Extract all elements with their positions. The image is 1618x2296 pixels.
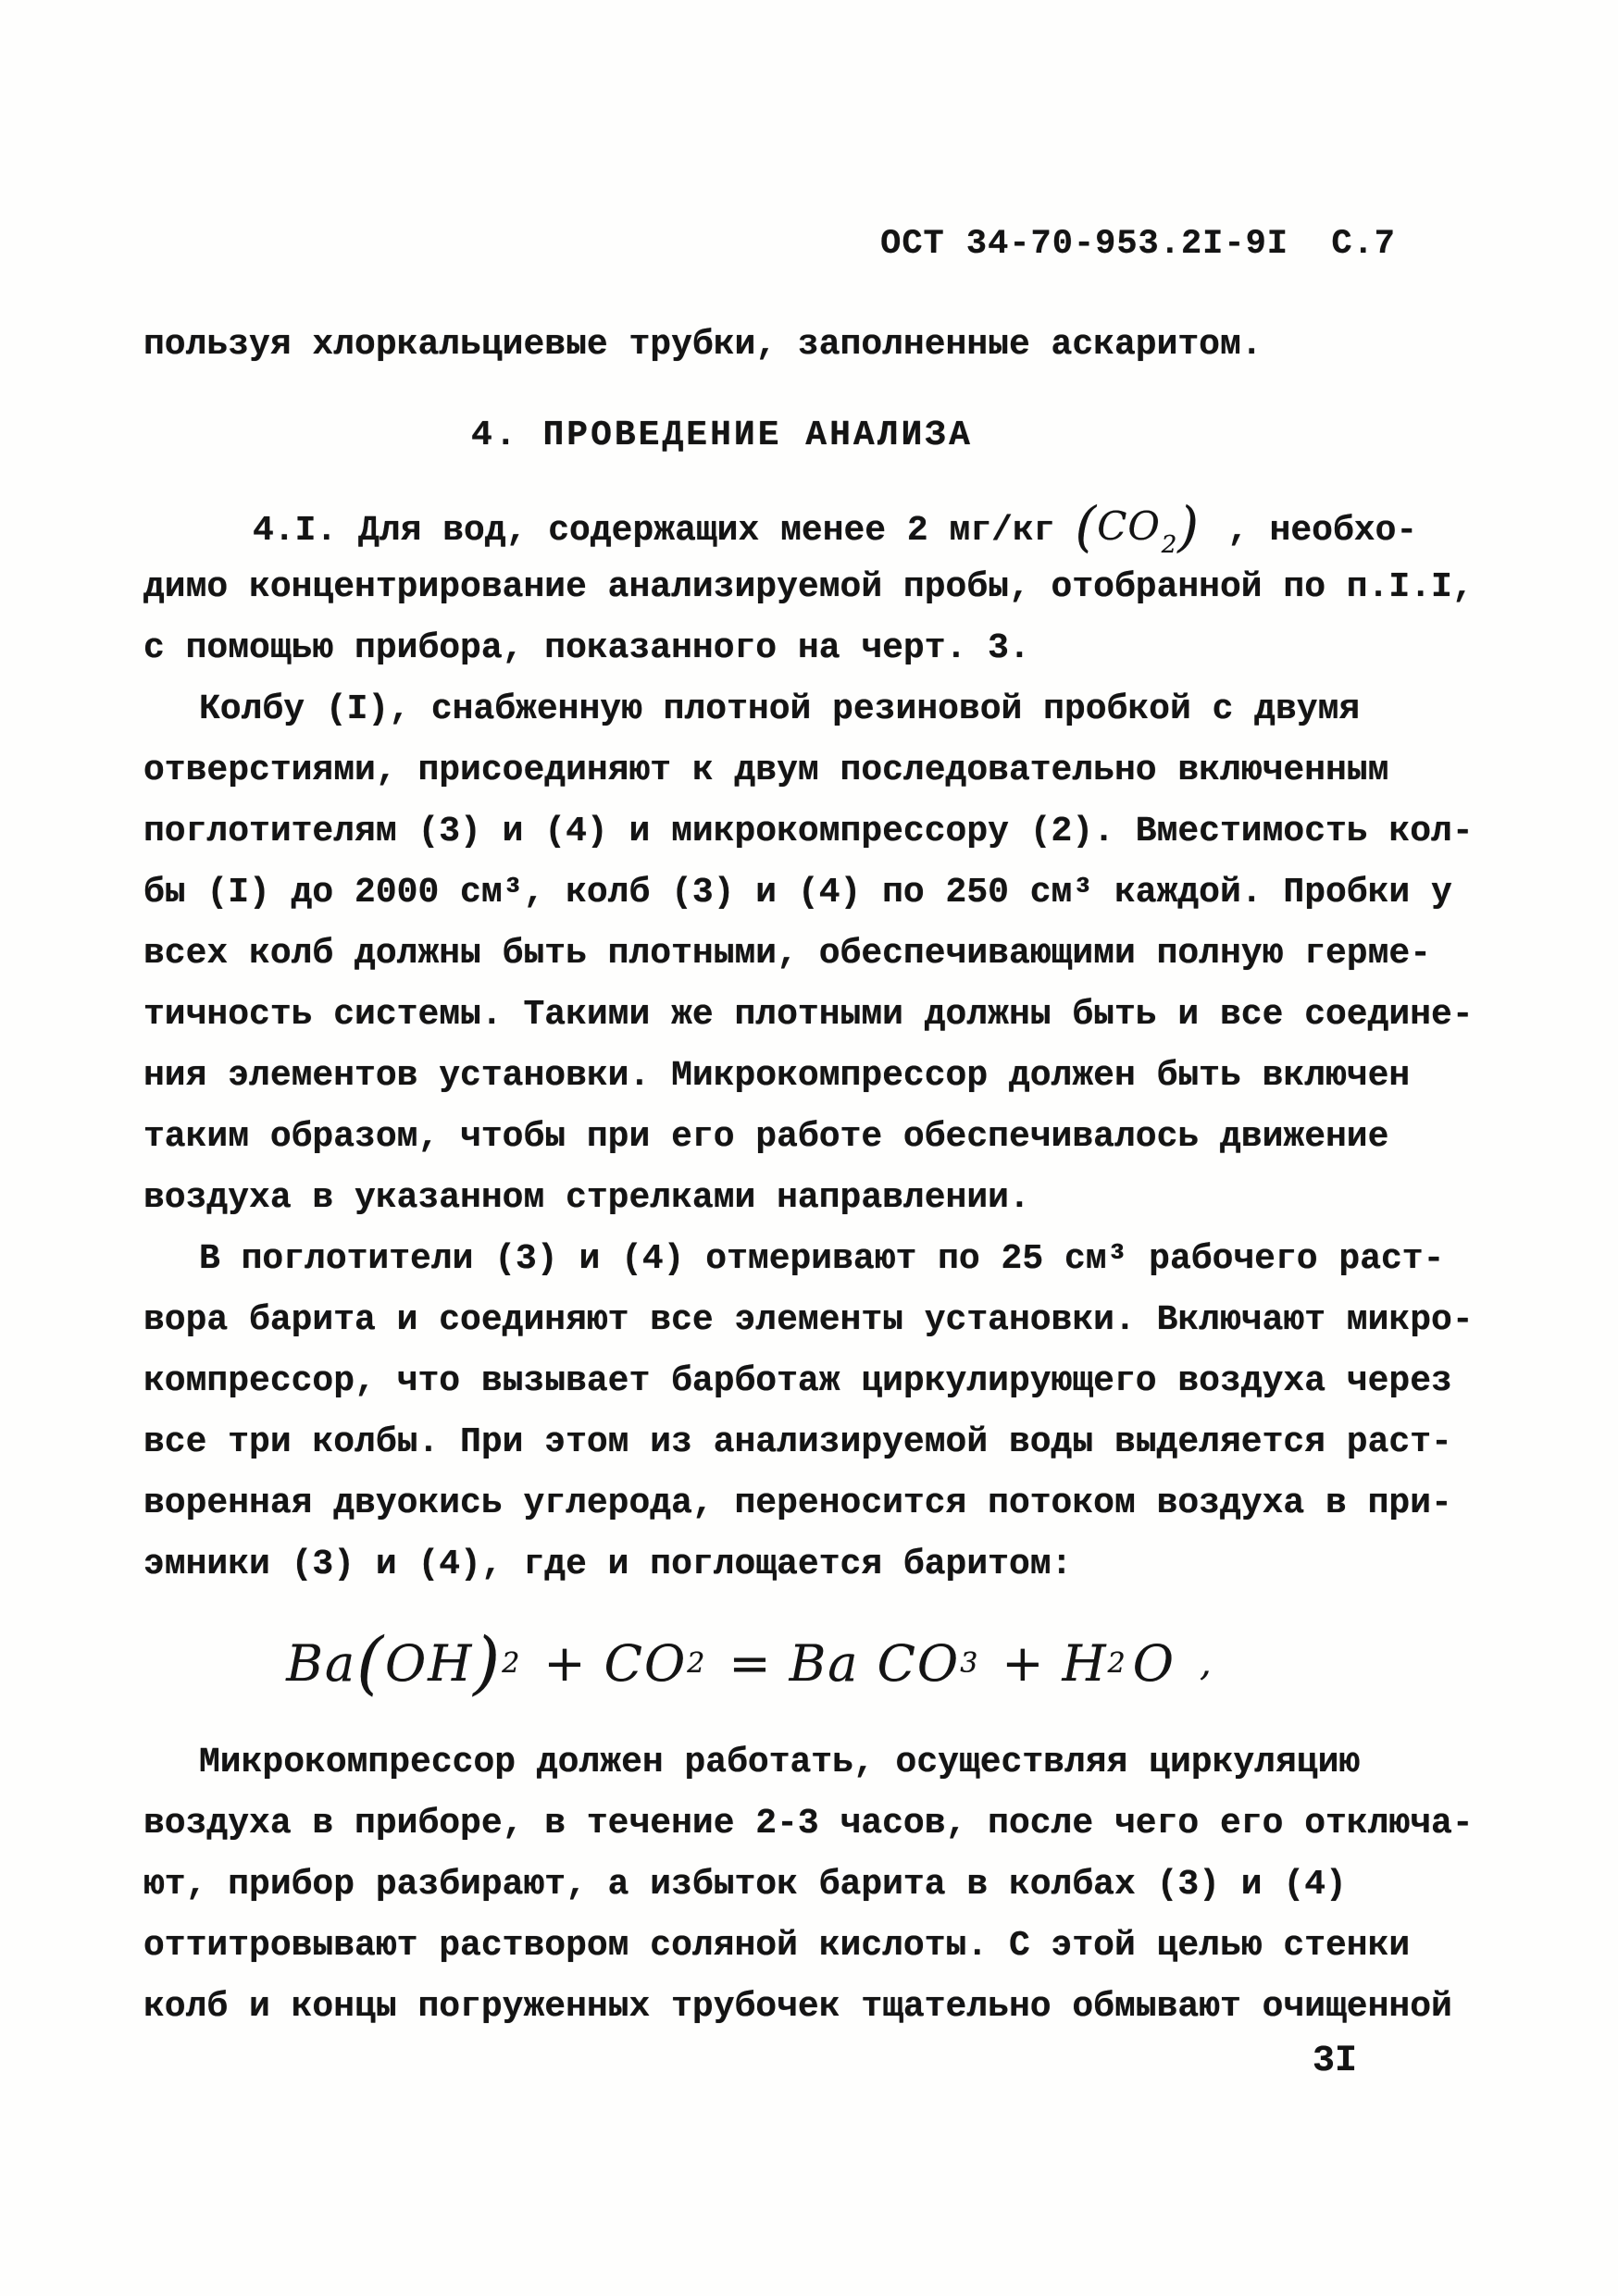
equation-term: Ba — [286, 1634, 356, 1693]
paragraph-absorbers: В поглотители (3) и (4) отмеривают по 25… — [143, 1229, 1504, 1595]
text-line: ния элементов установки. Микрокомпрессор… — [143, 1046, 1504, 1107]
text-run: , необхо- — [1227, 511, 1417, 551]
equation-trailing-comma: , — [1200, 1642, 1213, 1684]
document-standard-header: ОСТ 34-70-953.2I-9I С.7 — [880, 225, 1396, 264]
section-heading: 4. ПРОВЕДЕНИЕ АНАЛИЗА — [143, 405, 1504, 466]
equation-term: OH — [385, 1634, 473, 1693]
text-line: Микрокомпрессор должен работать, осущест… — [143, 1732, 1504, 1793]
page-number: 3I — [1313, 2041, 1357, 2082]
text-line: димо концентрирование анализируемой проб… — [143, 557, 1504, 618]
equation-subscript: 3 — [960, 1647, 979, 1680]
text-line: с помощью прибора, показанного на черт. … — [143, 618, 1504, 679]
text-line: воздуха в приборе, в течение 2-3 часов, … — [143, 1793, 1504, 1855]
text-line: оттитровывают раствором соляной кислоты.… — [143, 1916, 1504, 1977]
text-line: компрессор, что вызывает барботаж циркул… — [143, 1351, 1504, 1412]
formula-open-paren: ( — [1076, 495, 1098, 558]
equation-subscript: 2 — [502, 1647, 521, 1680]
plus-operator: + — [1002, 1634, 1045, 1693]
text-line: Колбу (I), снабженную плотной резиновой … — [143, 679, 1504, 740]
equation-open-paren: ( — [356, 1623, 385, 1703]
text-line: 4.I. Для вод, содержащих менее 2 мг/кг(C… — [143, 496, 1504, 557]
paragraph-compressor-run: Микрокомпрессор должен работать, осущест… — [143, 1732, 1504, 2038]
text-line: отверстиями, присоединяют к двум последо… — [143, 740, 1504, 801]
document-body: пользуя хлоркальциевые трубки, заполненн… — [143, 315, 1504, 2038]
text-line: воздуха в указанном стрелками направлени… — [143, 1168, 1504, 1229]
equation-subscript: 2 — [1108, 1647, 1127, 1680]
text-line: колб и концы погруженных трубочек тщател… — [143, 1977, 1504, 2038]
formula-close-paren: ) — [1177, 495, 1200, 558]
scanned-document-page: ОСТ 34-70-953.2I-9I С.7 пользуя хлоркаль… — [0, 0, 1618, 2296]
text-line: поглотителям (3) и (4) и микрокомпрессор… — [143, 801, 1504, 863]
equation-close-paren: ) — [473, 1623, 502, 1703]
text-line: тичность системы. Такими же плотными дол… — [143, 985, 1504, 1046]
text-run: 4.I. Для вод, содержащих менее 2 мг/кг — [253, 511, 1055, 551]
paragraph-4-1: 4.I. Для вод, содержащих менее 2 мг/кг(C… — [143, 496, 1504, 679]
text-line: таким образом, чтобы при его работе обес… — [143, 1107, 1504, 1168]
chemical-equation-handwritten: Ba(OH)2+CO2=Ba CO3+H2O, — [143, 1608, 1504, 1718]
text-line: вора барита и соединяют все элементы уст… — [143, 1290, 1504, 1351]
formula-base: CO — [1097, 503, 1161, 549]
text-line: В поглотители (3) и (4) отмеривают по 25… — [143, 1229, 1504, 1290]
text-line: эмники (3) и (4), где и поглощается бари… — [143, 1534, 1504, 1595]
paragraph-continuation-line: пользуя хлоркальциевые трубки, заполненн… — [143, 315, 1504, 376]
text-line: воренная двуокись углерода, переносится … — [143, 1473, 1504, 1534]
text-line: ют, прибор разбирают, а избыток барита в… — [143, 1855, 1504, 1916]
equation-term: H — [1063, 1634, 1108, 1693]
paragraph-flask-setup: Колбу (I), снабженную плотной резиновой … — [143, 679, 1504, 1229]
equation-term: O — [1133, 1634, 1176, 1693]
equation-term: Ba CO — [790, 1634, 961, 1693]
co2-handwritten-formula: (CO2) — [1076, 503, 1200, 549]
equation-subscript: 2 — [687, 1647, 706, 1680]
formula-subscript: 2 — [1162, 531, 1178, 559]
equation-term: CO — [604, 1634, 688, 1693]
text-line: все три колбы. При этом из анализируемой… — [143, 1412, 1504, 1473]
text-line: бы (I) до 2000 см³, колб (3) и (4) по 25… — [143, 863, 1504, 924]
plus-operator: + — [543, 1634, 587, 1693]
equals-operator: = — [728, 1634, 772, 1693]
text-line: всех колб должны быть плотными, обеспечи… — [143, 924, 1504, 985]
